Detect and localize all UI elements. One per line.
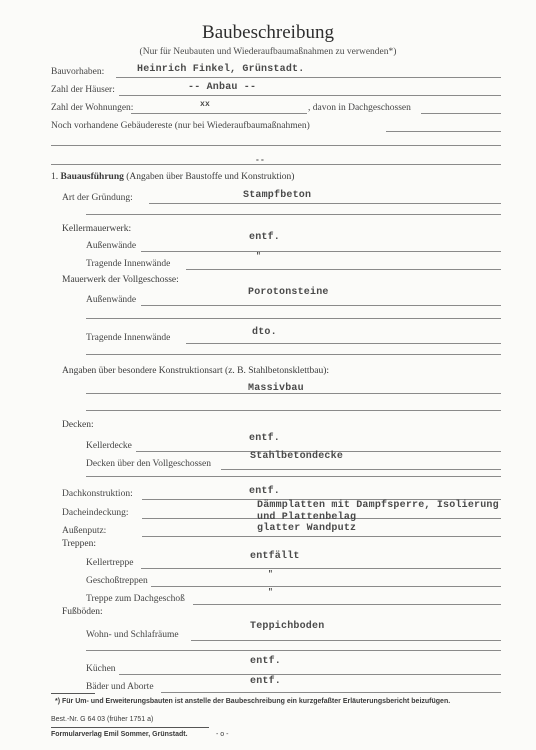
blank-line (86, 318, 501, 319)
field-label: Wohn- und Schlafräume (86, 630, 179, 640)
field-value-dachkonstruktion[interactable]: entf. (249, 486, 280, 497)
field-value-keller-aussenwaende[interactable]: entf. (249, 232, 280, 243)
field-label: Noch vorhandene Gebäudereste (nur bei Wi… (51, 121, 310, 131)
field-label: Außenputz: (62, 526, 106, 536)
field-kellerdecke: Kellerdecke (86, 438, 501, 452)
field-label: Zahl der Häuser: (51, 85, 115, 95)
field-line (191, 640, 501, 641)
footnote-text: *) Für Um- und Erweiterungsbauten ist an… (55, 698, 450, 705)
field-value-konstruktionsart[interactable]: Massivbau (248, 383, 304, 394)
field-value-gruendung[interactable]: Stampfbeton (243, 190, 311, 201)
document-title: Baubeschreibung (0, 22, 536, 44)
field-value-gebaeudereste[interactable]: -- (255, 156, 265, 165)
field-label: Dacheindeckung: (62, 508, 128, 518)
field-value-zahl-haeuser[interactable]: -- Anbau -- (188, 82, 256, 93)
field-line (119, 95, 501, 96)
field-line (186, 269, 501, 270)
field-label: Art der Gründung: (62, 193, 133, 203)
field-line (141, 305, 501, 306)
field-line (193, 604, 501, 605)
field-line (386, 131, 501, 132)
section-number: 1. (51, 172, 58, 182)
blank-line (51, 164, 501, 165)
field-label: Treppe zum Dachgeschoß (86, 594, 185, 604)
form-page: Baubeschreibung (Nur für Neubauten und W… (0, 0, 536, 750)
field-line (119, 674, 501, 675)
blank-line (86, 650, 501, 651)
blank-line (86, 476, 501, 477)
field-value-geschosstreppen[interactable]: " (268, 570, 273, 579)
field-label: Tragende Innenwände (86, 333, 170, 343)
field-value-decken-vollgeschosse[interactable]: Stahlbetondecke (250, 451, 343, 462)
field-line (151, 586, 501, 587)
field-keller-innenwaende: Tragende Innenwände (86, 256, 501, 270)
field-label: Außenwände (86, 241, 136, 251)
field-value-dacheindeckung-line1[interactable]: Dämmplatten mit Dampfsperre, Isolierung (257, 500, 499, 511)
order-number: Best.-Nr. G 64 03 (früher 1751 a) (51, 716, 153, 723)
field-label: Kellertreppe (86, 558, 133, 568)
field-label-davon: , davon in Dachgeschossen (308, 103, 411, 113)
section-heading-bauausfuehrung: 1. Bauausführung (Angaben über Baustoffe… (51, 172, 294, 182)
blank-line (86, 410, 501, 411)
field-label: Bäder und Aborte (86, 682, 154, 692)
field-treppe-dachgeschoss: Treppe zum Dachgeschoß (86, 591, 501, 605)
field-label: Tragende Innenwände (86, 259, 170, 269)
field-dachkonstruktion: Dachkonstruktion: (62, 486, 501, 500)
field-line (141, 251, 501, 252)
field-value-keller-innenwaende[interactable]: " (256, 252, 261, 261)
field-line (142, 536, 501, 537)
field-value-treppe-dachgeschoss[interactable]: " (268, 588, 273, 597)
konstruktionsart-label: Angaben über besondere Konstruktionsart … (62, 366, 329, 376)
field-label: Außenwände (86, 295, 136, 305)
field-value-zahl-wohnungen[interactable]: xx (200, 100, 210, 109)
footnote-divider (51, 693, 95, 694)
field-label: Geschoßtreppen (86, 576, 148, 586)
kellermauerwerk-heading: Kellermauerwerk: (62, 224, 131, 234)
section-title-suffix: (Angaben über Baustoffe und Konstruktion… (126, 172, 294, 182)
document-subtitle: (Nur für Neubauten und Wiederaufbaumaßna… (0, 47, 536, 57)
field-line (131, 113, 307, 114)
field-zahl-haeuser: Zahl der Häuser: (51, 82, 501, 96)
field-keller-aussenwaende: Außenwände (86, 238, 501, 252)
blank-line (86, 214, 501, 215)
field-value-kuechen[interactable]: entf. (250, 656, 281, 667)
imprint-divider (51, 727, 209, 728)
field-line (421, 113, 501, 114)
field-value-wohnraeume[interactable]: Teppichboden (250, 621, 324, 632)
field-value-kellertreppe[interactable]: entfällt (250, 551, 300, 562)
vollgeschosse-heading: Mauerwerk der Vollgeschosse: (62, 275, 179, 285)
field-line (149, 203, 501, 204)
section-title: Bauausführung (61, 172, 124, 182)
treppen-heading: Treppen: (62, 539, 96, 549)
field-value-kellerdecke[interactable]: entf. (249, 433, 280, 444)
field-line (116, 77, 501, 78)
field-value-baeder[interactable]: entf. (250, 676, 281, 687)
field-value-dacheindeckung-line2[interactable]: und Plattenbelag (257, 512, 356, 523)
field-line (186, 343, 501, 344)
field-label: Zahl der Wohnungen: (51, 103, 133, 113)
field-label: Kellerdecke (86, 441, 132, 451)
field-label: Decken über den Vollgeschossen (86, 459, 211, 469)
field-label: Bauvorhaben: (51, 67, 104, 77)
imprint-mark: - o - (216, 731, 228, 738)
field-zahl-wohnungen: Zahl der Wohnungen: , davon in Dachgesch… (51, 100, 501, 114)
field-line (161, 692, 501, 693)
field-label: Dachkonstruktion: (62, 489, 133, 499)
field-line (221, 469, 501, 470)
field-label: Küchen (86, 664, 116, 674)
field-line (141, 568, 501, 569)
decken-heading: Decken: (62, 420, 94, 430)
field-value-bauvorhaben[interactable]: Heinrich Finkel, Grünstadt. (137, 64, 304, 75)
field-value-aussenputz[interactable]: glatter Wandputz (257, 523, 356, 534)
field-gebaeudereste: Noch vorhandene Gebäudereste (nur bei Wi… (51, 118, 501, 132)
field-value-voll-innenwaende[interactable]: dto. (252, 327, 277, 338)
field-voll-innenwaende: Tragende Innenwände (86, 330, 501, 344)
field-kuechen: Küchen (86, 661, 501, 675)
blank-line (51, 145, 501, 146)
field-baeder: Bäder und Aborte (86, 679, 501, 693)
fussboeden-heading: Fußböden: (62, 607, 103, 617)
field-geschosstreppen: Geschoßtreppen (86, 573, 501, 587)
field-value-voll-aussenwaende[interactable]: Porotonsteine (248, 287, 329, 298)
publisher: Formularverlag Emil Sommer, Grünstadt. (51, 731, 188, 738)
blank-line (86, 354, 501, 355)
